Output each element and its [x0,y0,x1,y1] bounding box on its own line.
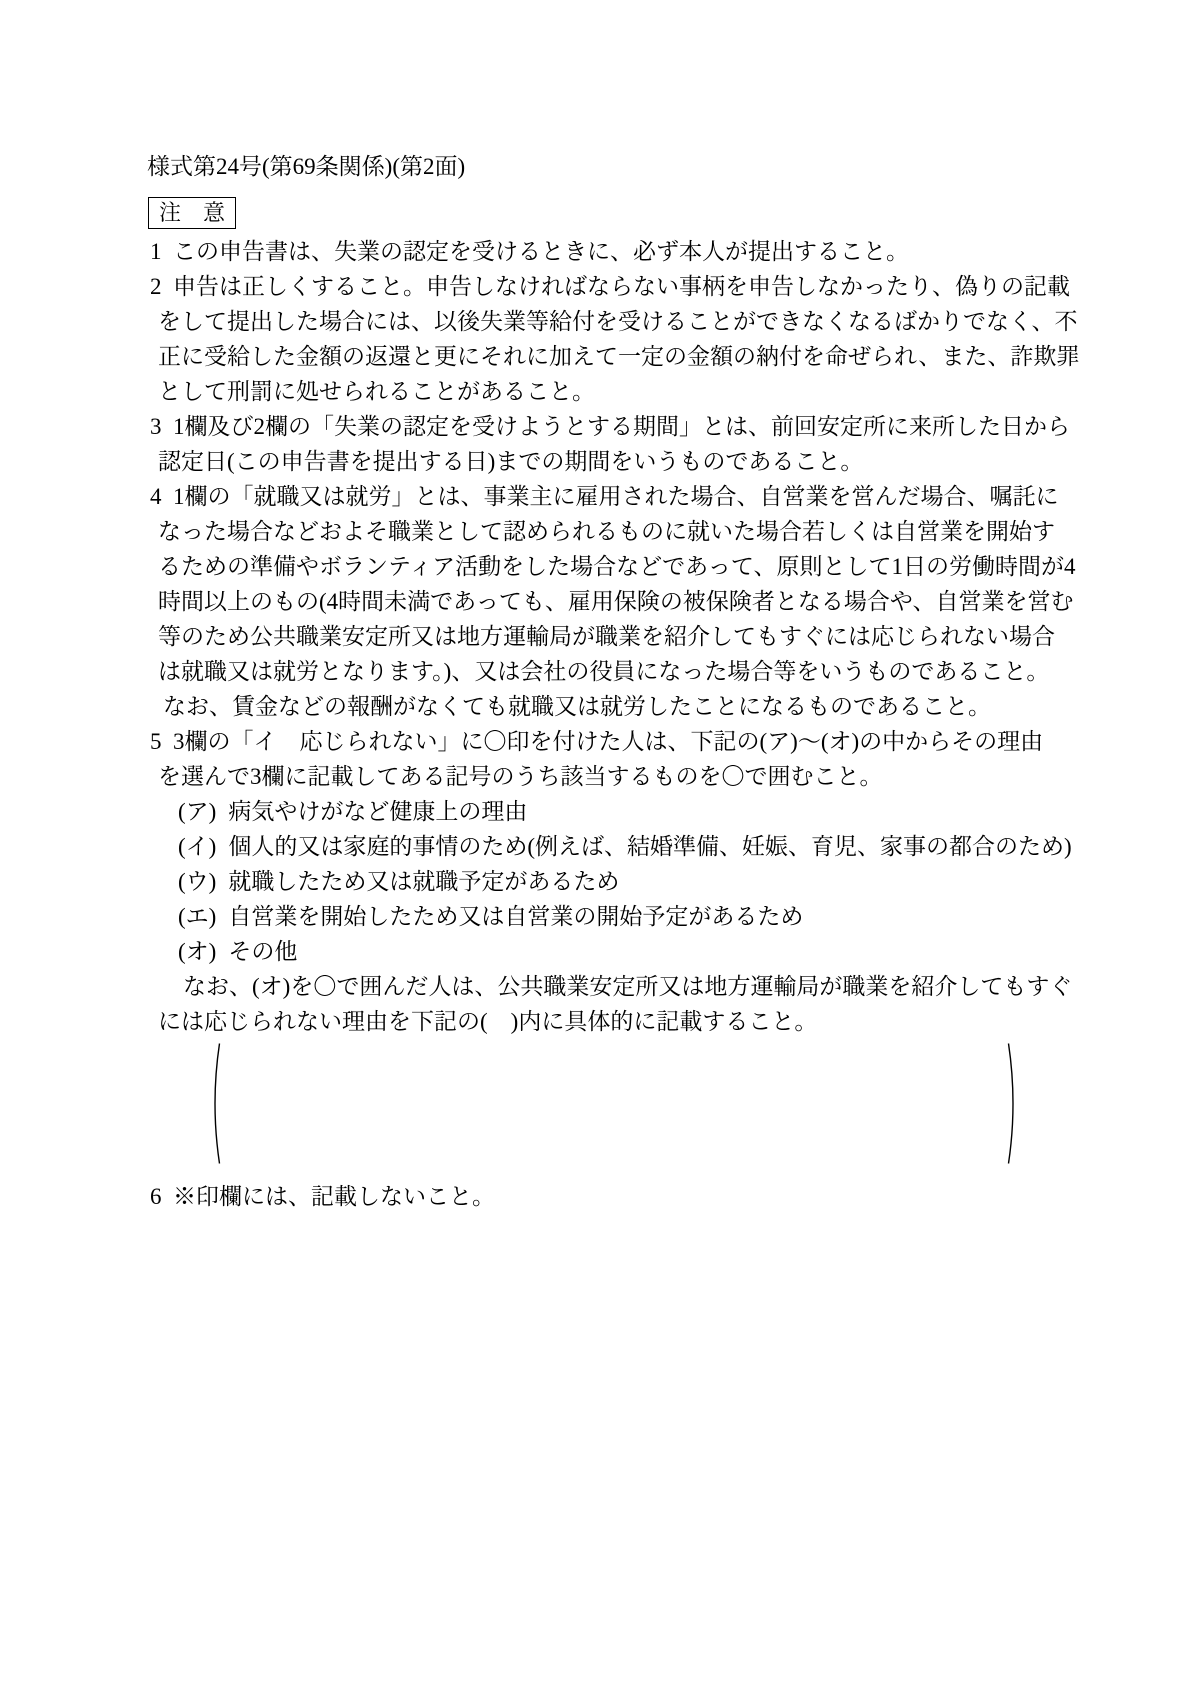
notice-box: 注 意 [148,197,236,229]
reason-blank-area [0,1039,1181,1179]
reason-option-text: 就職したため又は就職予定があるため [228,869,619,894]
item-number: 2 [150,269,173,304]
instruction-line: として刑罰に処せられることがあること。 [0,374,1181,409]
instruction-text: 3欄の「イ 応じられない」に〇印を付けた人は、下記の(ア)～(オ)の中からその理… [173,729,1043,754]
instruction-text: 申告は正しくすること。申告しなければならない事柄を申告しなかったり、偽りの記載 [173,274,1070,299]
item-number: 1 [150,234,173,269]
instruction-line: なお、賃金などの報酬がなくても就職又は就労したことになるものであること。 [0,689,1181,724]
reason-option-text: その他 [228,939,297,964]
document-page: 様式第24号(第69条関係)(第2面) 注 意 1この申告書は、失業の認定を受け… [0,0,1181,1695]
instruction-line: は就職又は就労となります。)、又は会社の役員になった場合等をいうものであること。 [0,654,1181,689]
instruction-line: 53欄の「イ 応じられない」に〇印を付けた人は、下記の(ア)～(オ)の中からその… [0,724,1181,759]
reason-option-marker: (イ) [178,834,216,859]
reason-option-a: (ア)病気やけがなど健康上の理由 [0,794,1181,829]
reason-option-text: 自営業を開始したため又は自営業の開始予定があるため [228,904,803,929]
instruction-line: 1この申告書は、失業の認定を受けるときに、必ず本人が提出すること。 [0,234,1181,269]
instruction-line: 等のため公共職業安定所又は地方運輸局が職業を紹介してもすぐには応じられない場合 [0,619,1181,654]
instruction-line: なお、(オ)を〇で囲んだ人は、公共職業安定所又は地方運輸局が職業を紹介してもすぐ [0,969,1181,1004]
reason-option-e: (エ)自営業を開始したため又は自営業の開始予定があるため [0,899,1181,934]
instruction-list: 1この申告書は、失業の認定を受けるときに、必ず本人が提出すること。 2申告は正し… [0,234,1181,1214]
instruction-line: 認定日(この申告書を提出する日)までの期間をいうものであること。 [0,444,1181,479]
large-right-paren [1007,1042,1019,1165]
instruction-text: 1欄の「就職又は就労」とは、事業主に雇用された場合、自営業を営んだ場合、嘱託に [173,484,1059,509]
instruction-line: 6※印欄には、記載しないこと。 [0,1179,1181,1214]
instruction-line: を選んで3欄に記載してある記号のうち該当するものを〇で囲むこと。 [0,759,1181,794]
item-number: 3 [150,409,173,444]
item-number: 5 [150,724,173,759]
instruction-line: 31欄及び2欄の「失業の認定を受けようとする期間」とは、前回安定所に来所した日か… [0,409,1181,444]
item-number: 6 [150,1179,173,1214]
reason-option-i: (イ)個人的又は家庭的事情のため(例えば、結婚準備、妊娠、育児、家事の都合のため… [0,829,1181,864]
reason-option-marker: (ウ) [178,869,216,894]
instruction-text: ※印欄には、記載しないこと。 [173,1184,495,1209]
notice-title: 注 意 [159,198,225,228]
instruction-line: 正に受給した金額の返還と更にそれに加えて一定の金額の納付を命ぜられ、また、詐欺罪 [0,339,1181,374]
reason-option-marker: (オ) [178,939,216,964]
instruction-text: この申告書は、失業の認定を受けるときに、必ず本人が提出すること。 [173,239,909,264]
reason-option-u: (ウ)就職したため又は就職予定があるため [0,864,1181,899]
reason-option-marker: (エ) [178,904,216,929]
form-number: 様式第24号(第69条関係)(第2面) [147,149,465,184]
instruction-line: をして提出した場合には、以後失業等給付を受けることができなくなるばかりでなく、不 [0,304,1181,339]
instruction-line: 2申告は正しくすること。申告しなければならない事柄を申告しなかったり、偽りの記載 [0,269,1181,304]
reason-option-text: 病気やけがなど健康上の理由 [228,799,527,824]
instruction-line: なった場合などおよそ職業として認められるものに就いた場合若しくは自営業を開始す [0,514,1181,549]
reason-option-marker: (ア) [178,799,216,824]
item-number: 4 [150,479,173,514]
instruction-text: 1欄及び2欄の「失業の認定を受けようとする期間」とは、前回安定所に来所した日から [173,414,1070,439]
instruction-line: 時間以上のもの(4時間未満であっても、雇用保険の被保険者となる場合や、自営業を営… [0,584,1181,619]
large-left-paren [209,1042,221,1165]
instruction-line: るための準備やボランティア活動をした場合などであって、原則として1日の労働時間が… [0,549,1181,584]
reason-option-o: (オ)その他 [0,934,1181,969]
instruction-line: には応じられない理由を下記の( )内に具体的に記載すること。 [0,1004,1181,1039]
reason-option-text: 個人的又は家庭的事情のため(例えば、結婚準備、妊娠、育児、家事の都合のため) [228,834,1071,859]
instruction-line: 41欄の「就職又は就労」とは、事業主に雇用された場合、自営業を営んだ場合、嘱託に [0,479,1181,514]
